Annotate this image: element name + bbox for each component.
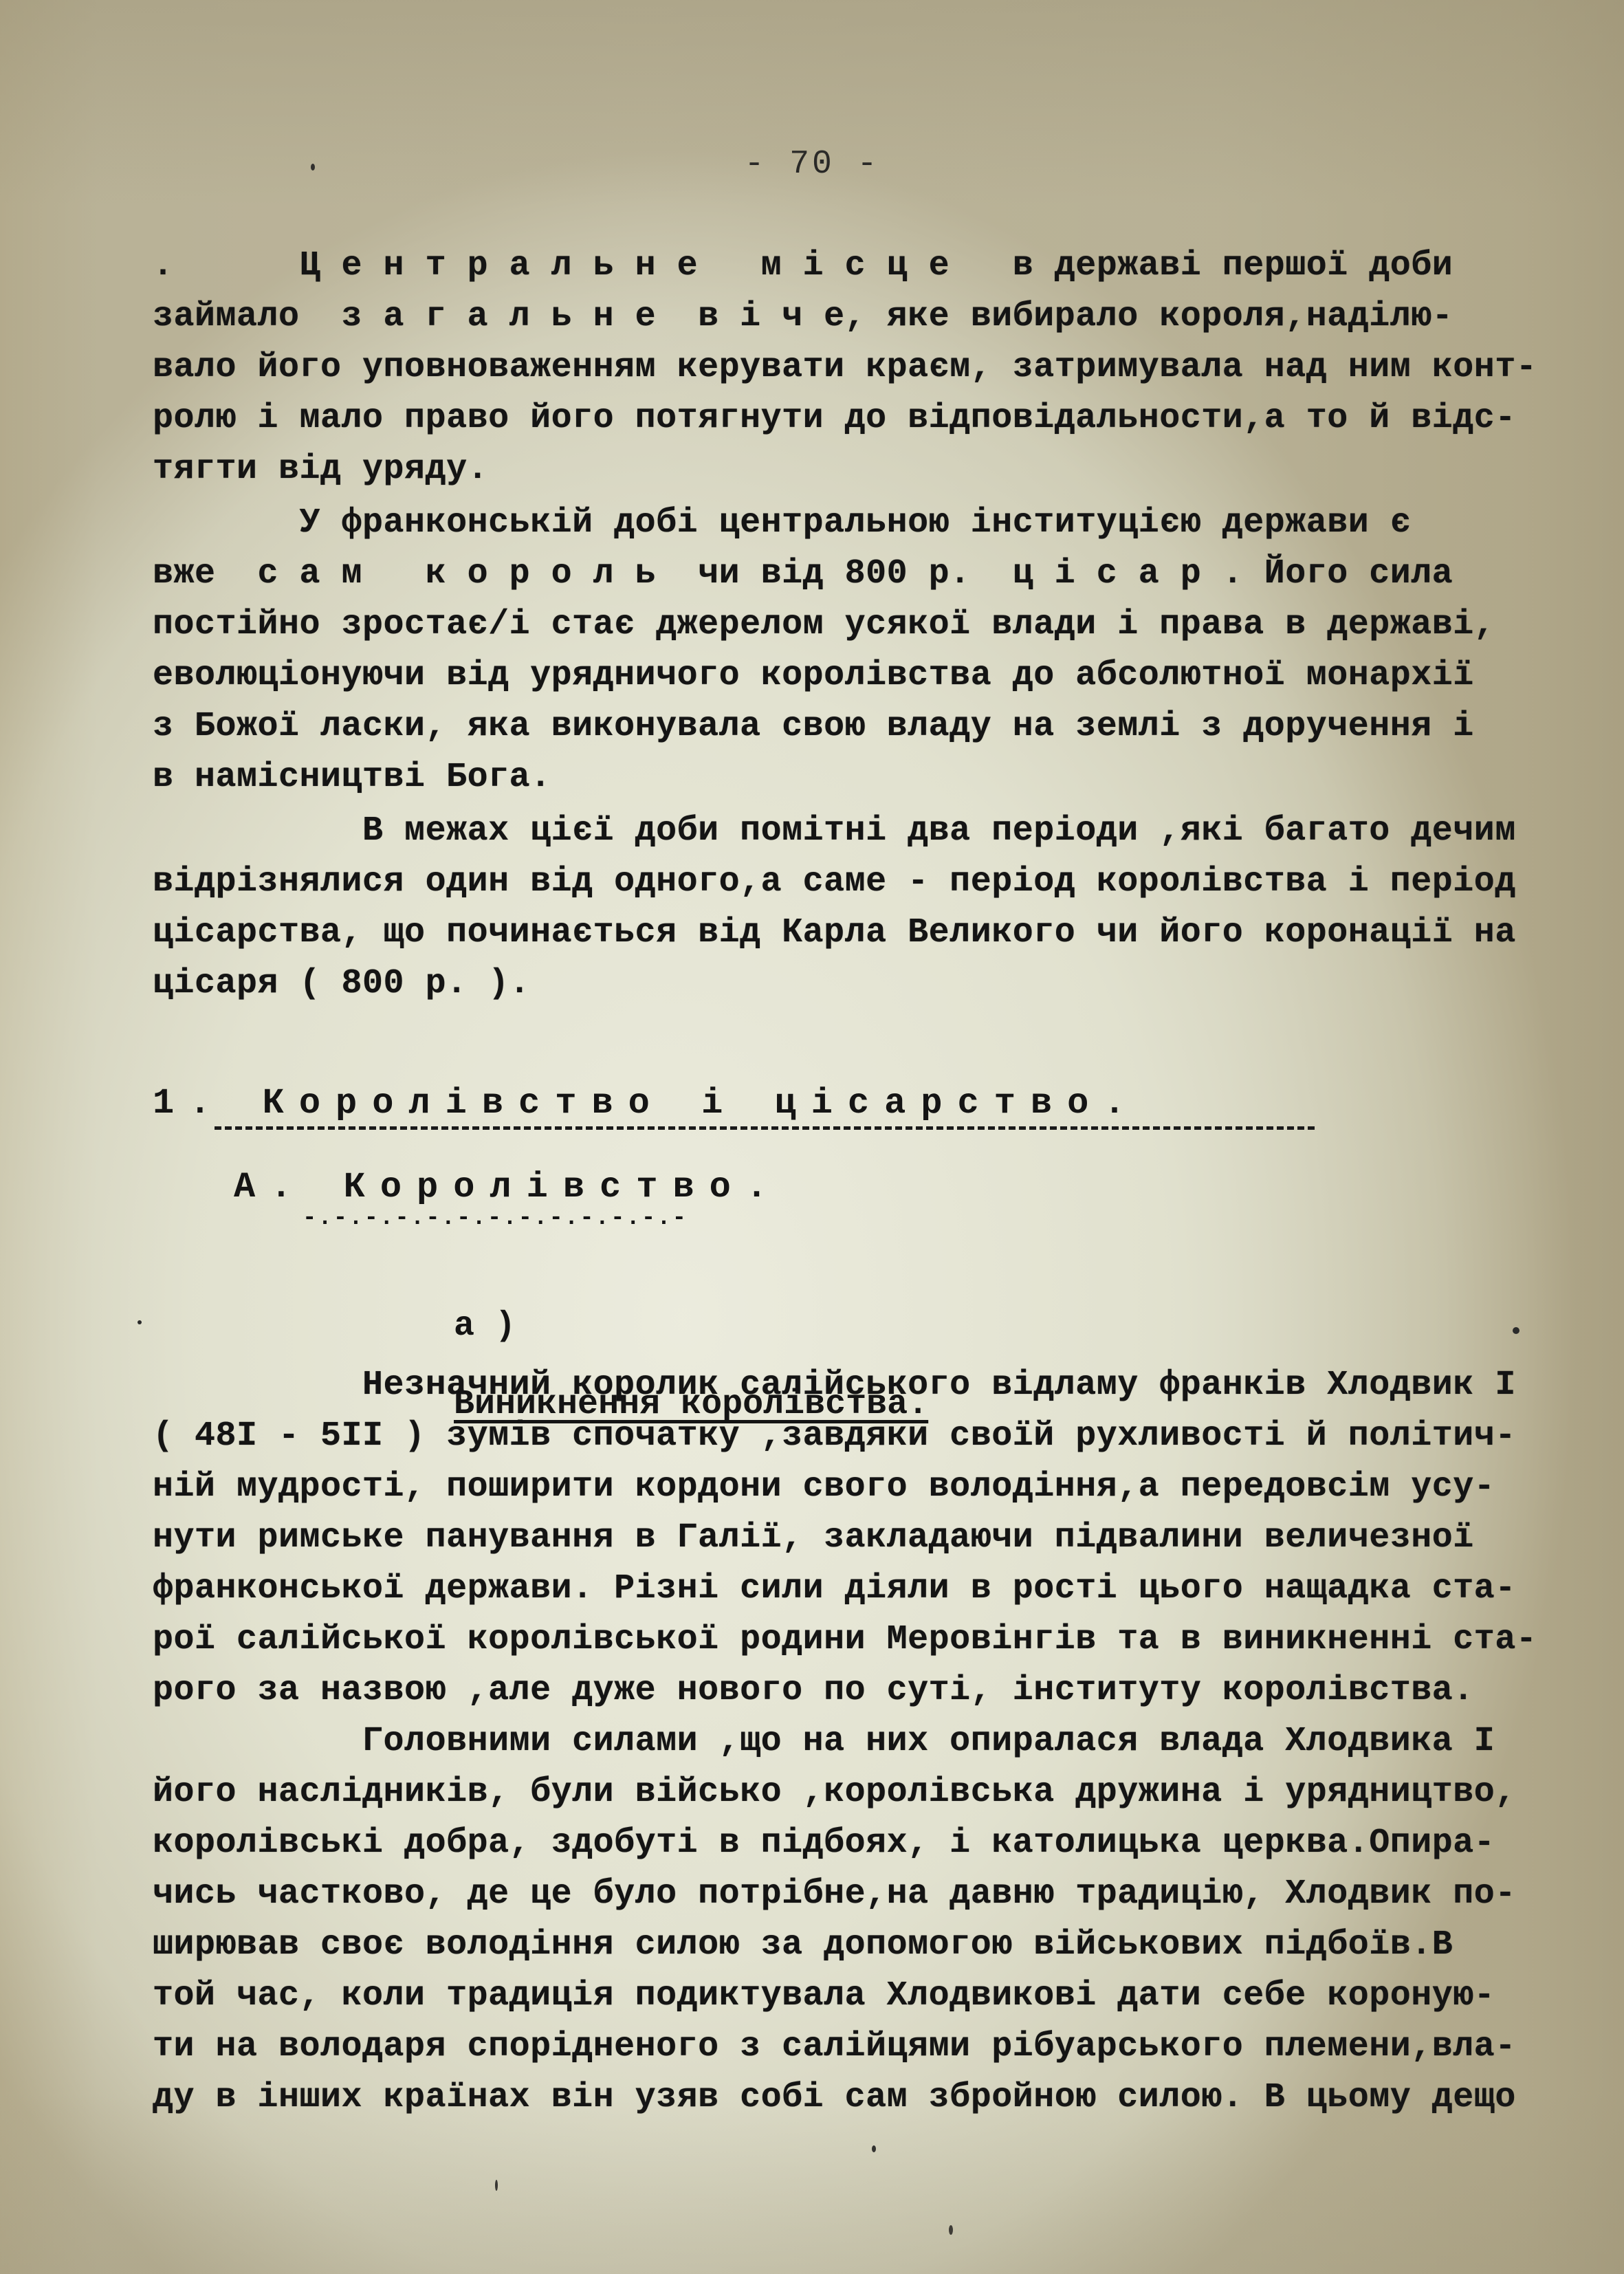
paragraph-3-line-2: відрізнялися один від одного,а саме - пе… (153, 865, 1516, 899)
paragraph-5-line-2: його наслідників, були військо ,королівс… (153, 1775, 1516, 1810)
paragraph-2-line-1: У франконській добі центральною інституц… (153, 506, 1411, 540)
paragraph-1-line-2: займало з а г а л ь н е в і ч е, яке виб… (153, 300, 1453, 334)
paragraph-4-line-1: Незначний королик салійського відламу фр… (153, 1368, 1516, 1403)
page-number: - 70 - (0, 146, 1624, 183)
paragraph-5-line-6: той час, коли традиція подиктувала Хлодв… (153, 1979, 1495, 2013)
paragraph-5-line-7: ти на володаря спорідненого з салійцями … (153, 2030, 1516, 2064)
paper-speck (949, 2225, 953, 2235)
paragraph-2-line-6: в намісництві Бога. (153, 761, 551, 795)
paragraph-4-line-2: ( 48I - 5II ) зумів спочатку ,завдяки св… (153, 1419, 1516, 1454)
paragraph-5-line-1: Головними силами ,що на них опиралася вл… (153, 1725, 1495, 1759)
paragraph-1-line-1: . Ц е н т р а л ь н е м і с ц е в держав… (153, 249, 1453, 283)
paper-speck (311, 164, 315, 171)
paper-speck (872, 2145, 876, 2152)
paragraph-4-line-7: рого за назвою ,але дуже нового по суті,… (153, 1674, 1474, 1708)
paragraph-5-line-8: ду в інших країнах він узяв собі сам збр… (153, 2081, 1516, 2115)
section-heading-A-underline: -.-.-.-.-.-.-.-.-.-.-.-.- (303, 1205, 688, 1232)
paragraph-5-line-3: королівські добра, здобуті в підбоях, і … (153, 1826, 1495, 1861)
paragraph-3-line-4: цісаря ( 800 р. ). (153, 967, 530, 1001)
section-heading-1-underline (215, 1126, 1315, 1130)
paragraph-2-line-4: еволюціонуючи від урядничого королівства… (153, 659, 1474, 693)
section-heading-a-marker: а ) (454, 1307, 516, 1346)
document-page: - 70 - . Ц е н т р а л ь н е м і с ц е в… (0, 0, 1624, 2274)
paper-speck (1513, 1327, 1519, 1334)
paper-speck (495, 2180, 498, 2191)
paragraph-2-line-2: вже с а м к о р о л ь чи від 800 р. ц і … (153, 557, 1453, 591)
paper-speck (138, 1320, 142, 1324)
paragraph-4-line-6: рої салійської королівської родини Меров… (153, 1623, 1537, 1657)
paragraph-3-line-3: цісарства, що починається від Карла Вели… (153, 916, 1516, 950)
paragraph-2-line-5: з Божої ласки, яка виконувала свою владу… (153, 710, 1474, 744)
paragraph-5-line-4: чись частково, де це було потрібне,на да… (153, 1877, 1516, 1912)
paragraph-4-line-3: ній мудрості, поширити кордони свого вол… (153, 1470, 1495, 1505)
section-heading-A: А. Королівство. (234, 1167, 782, 1207)
paragraph-1-line-4: ролю і мало право його потягнути до відп… (153, 402, 1516, 436)
paragraph-2-line-3: постійно зростає/і стає джерелом усякої … (153, 608, 1495, 642)
paragraph-5-line-5: ширював своє володіння силою за допомого… (153, 1928, 1453, 1963)
paragraph-4-line-4: нути римське панування в Галії, закладаю… (153, 1521, 1474, 1555)
paragraph-4-line-5: франконської держави. Різні сили діяли в… (153, 1572, 1516, 1606)
paragraph-1-line-3: вало його уповноваженням керувати краєм,… (153, 351, 1537, 385)
paragraph-1-line-5: тягти від уряду. (153, 452, 488, 487)
section-heading-1: 1. Королівство і цісарство. (153, 1083, 1141, 1124)
paragraph-3-line-1: В межах цієї доби помітні два періоди ,я… (153, 814, 1516, 849)
